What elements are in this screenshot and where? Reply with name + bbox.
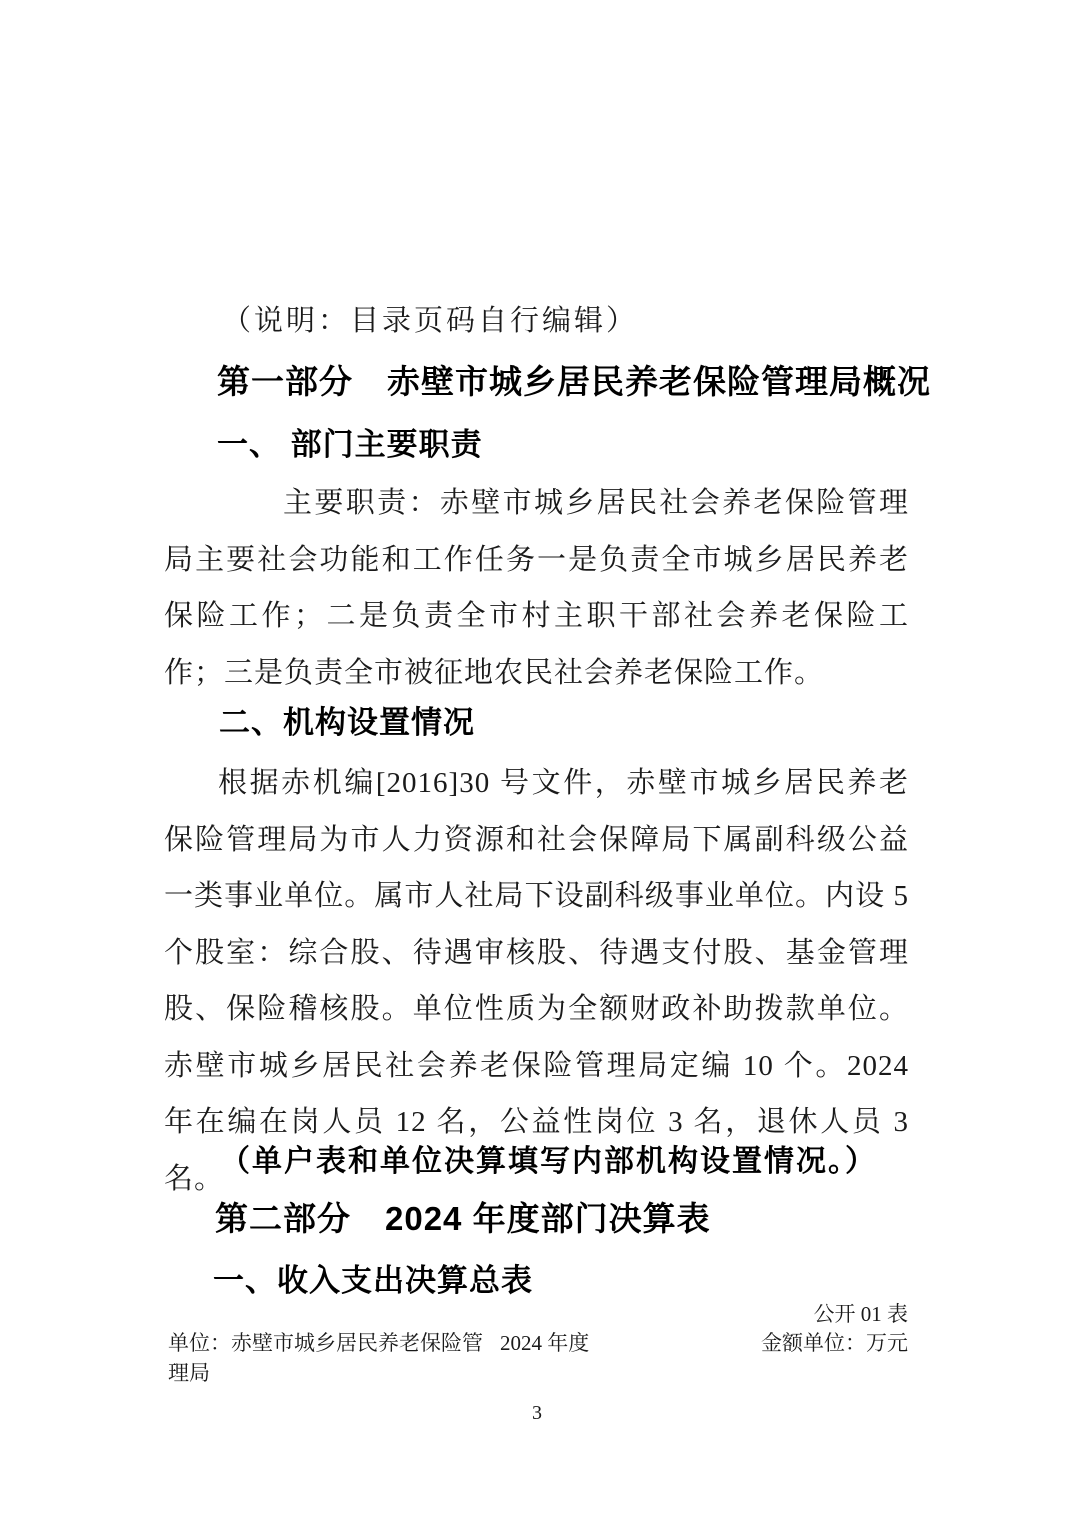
part2-heading: 第二部分 2024 年度部门决算表 — [215, 1197, 711, 1241]
bracket-note: （单户表和单位决算填写内部机构设置情况。） — [220, 1140, 877, 1184]
section-summary-table-heading: 一、收入支出决算总表 — [213, 1260, 533, 1302]
amount-unit-label: 金额单位：万元 — [761, 1328, 908, 1358]
page-number: 3 — [0, 1400, 1074, 1426]
duties-paragraph: 主要职责：赤壁市城乡居民社会养老保险管理局主要社会功能和工作任务一是负责全市城乡… — [164, 475, 909, 701]
section-org-heading: 二、机构设置情况 — [219, 702, 475, 744]
section-duties-heading: 一、 部门主要职责 — [217, 424, 483, 466]
document-page: （说明：目录页码自行编辑） 第一部分 赤壁市城乡居民养老保险管理局概况 一、 部… — [0, 0, 1074, 1520]
part1-heading: 第一部分 赤壁市城乡居民养老保险管理局概况 — [217, 360, 931, 404]
table-meta-row: 单位：赤壁市城乡居民养老保险管理局 2024 年度 金额单位：万元 — [168, 1328, 908, 1398]
year-label: 2024 年度 — [500, 1328, 589, 1358]
table-code-label: 公开 01 表 — [814, 1300, 909, 1328]
toc-note: （说明：目录页码自行编辑） — [222, 300, 638, 342]
unit-label: 单位：赤壁市城乡居民养老保险管理局 — [168, 1328, 490, 1388]
